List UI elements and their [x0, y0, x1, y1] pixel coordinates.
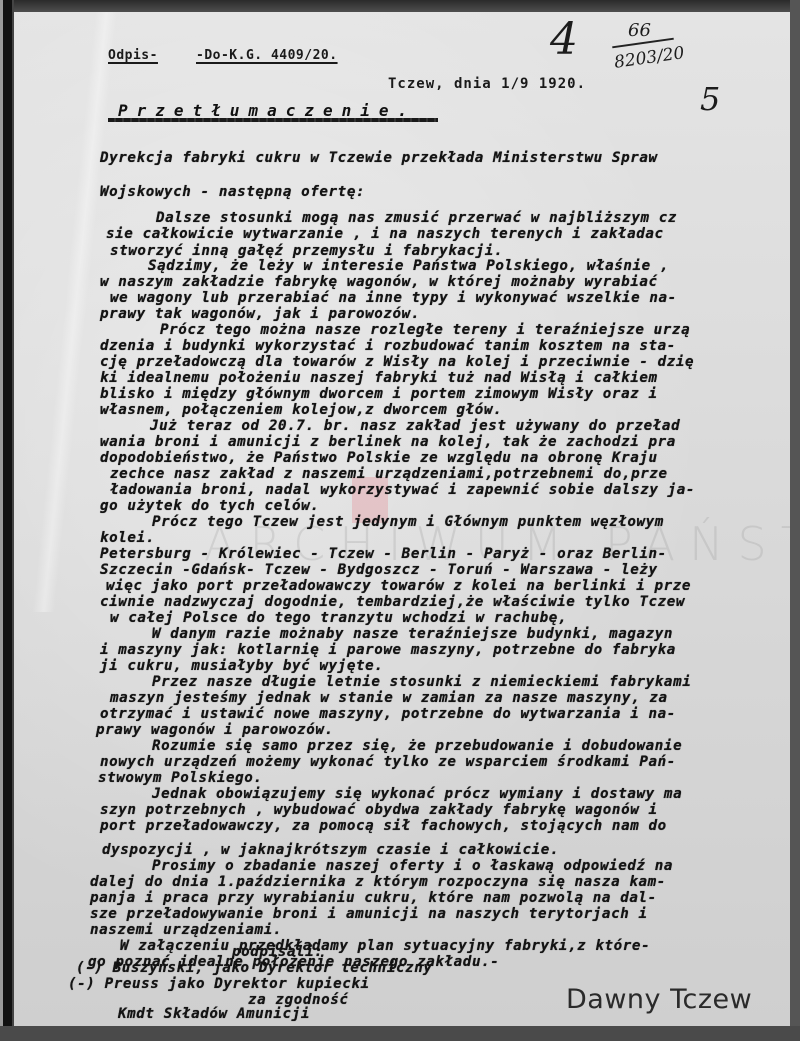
body-line: ciwnie nadzwyczaj dogodnie, tembardziej,… [100, 594, 685, 610]
body-line: cję przeładowczą dla towarów z Wisły na … [100, 354, 694, 370]
body-line: we wagony lub przerabiać na inne typy i … [110, 290, 677, 306]
body-line: Przez nasze długie letnie stosunki z nie… [152, 674, 691, 690]
body-line: Szczecin -Gdańsk- Tczew - Bydgoszcz - To… [100, 562, 658, 578]
body-line: Prócz tego można nasze rozległe tereny i… [160, 322, 690, 338]
body-line: dyspozycji , w jaknajkrótszym czasie i c… [102, 842, 559, 858]
credit-watermark: Dawny Tczew [566, 984, 752, 1015]
scan-border-left [0, 0, 14, 1041]
body-line: i maszyny jak: kotlarnię i parowe maszyn… [100, 642, 676, 658]
title-underline [108, 118, 438, 122]
body-line: szyn potrzebnych , wybudować obydwa zakł… [100, 802, 658, 818]
body-line: W danym razie możnaby nasze teraźniejsze… [152, 626, 673, 642]
body-line: w naszym zakładzie fabrykę wagonów, w kt… [100, 274, 658, 290]
signature-line-2: (-) Preuss jako Dyrektor kupiecki [68, 976, 370, 992]
handwritten-fraction-top: 66 [628, 20, 651, 41]
body-line: Rozumie się samo przez się, że przebudow… [152, 738, 682, 754]
body-line: Sądzimy, że leży w interesie Państwa Pol… [148, 258, 669, 274]
body-line: kolei. [100, 530, 155, 546]
handwritten-mark: 4 [550, 14, 578, 65]
body-line: Prosimy o zbadanie naszej oferty i o łas… [152, 858, 673, 874]
body-line: więc jako port przeładowawczy towarów z … [106, 578, 691, 594]
body-line: sze przeładowywanie broni i amunicji na … [90, 906, 648, 922]
signed-label: podpisali: [232, 944, 323, 960]
body-line: Wojskowych - następną ofertę: [100, 184, 365, 200]
body-line: w całej Polsce do tego tranzytu wchodzi … [110, 610, 567, 626]
body-line: panja i praca przy wyrabianiu cukru, któ… [90, 890, 657, 906]
body-line: Petersburg - Królewiec - Tczew - Berlin … [100, 546, 667, 562]
body-line: blisko i między głównym dworcem i portem… [100, 386, 658, 402]
body-line: W załączeniu przedkładamy plan sytuacyjn… [120, 938, 650, 954]
scan-border-bottom [0, 1026, 800, 1041]
office-label: Kmdt Składów Amunicji [118, 1006, 310, 1022]
body-line: stwowym Polskiego. [98, 770, 263, 786]
body-line: prawy tak wagonów, jak i parowozów. [100, 306, 420, 322]
body-line: ji cukru, musiałyby być wyjęte. [100, 658, 383, 674]
body-line: ładowania broni, nadal wykorzystywać i z… [110, 482, 695, 498]
reference-number: -Do-K.G. 4409/20. [196, 48, 338, 63]
body-line: wania broni i amunicji z berlinek na kol… [100, 434, 676, 450]
body-line: Prócz tego Tczew jest jedynym i Głównym … [152, 514, 664, 530]
body-line: Dyrekcja fabryki cukru w Tczewie przekła… [100, 150, 658, 166]
body-line: ki idealnemu położeniu naszej fabryki tu… [100, 370, 658, 386]
body-line: własnem, połączeniem kolejow,z dworcem g… [100, 402, 502, 418]
body-line: sie całkowicie wytwarzanie , i na naszyc… [106, 226, 664, 242]
body-line: go użytek do tych celów. [100, 498, 319, 514]
body-line: maszyn jesteśmy jednak w stanie w zamian… [110, 690, 668, 706]
place-date: Tczew, dnia 1/9 1920. [388, 76, 586, 92]
body-line: dzenia i budynki wykorzystać i rozbudowa… [100, 338, 676, 354]
body-line: dalej do dnia 1.października z którym ro… [90, 874, 666, 890]
body-line: Jednak obowiązujemy się wykonać prócz wy… [152, 786, 682, 802]
body-line: naszemi urządzeniami. [90, 922, 282, 938]
body-line: zechce nasz zakład z naszemi urządzeniam… [110, 466, 668, 482]
signature-line-1: (-) Buszyński, jako Dyrektor techniczny [76, 960, 433, 976]
body-line: Już teraz od 20.7. br. nasz zakład jest … [150, 418, 680, 434]
body-line: stworzyć inną gałęź przemysłu i fabrykac… [110, 243, 503, 259]
body-line: prawy wagonów i parowozów. [96, 722, 334, 738]
body-line: Dalsze stosunki mogą nas zmusić przerwać… [156, 210, 677, 226]
body-line: otrzymać i ustawić nowe maszyny, potrzeb… [100, 706, 676, 722]
body-line: dopodobieństwo, że Państwo Polskie ze wz… [100, 450, 658, 466]
body-line: port przeładowawczy, za pomocą sił facho… [100, 818, 667, 834]
body-line: nowych urządzeń możemy wykonać tylko ze … [100, 754, 676, 770]
scan-border-right [790, 0, 800, 1041]
handwritten-page-number: 5 [700, 80, 720, 118]
copy-label: Odpis- [108, 48, 158, 63]
